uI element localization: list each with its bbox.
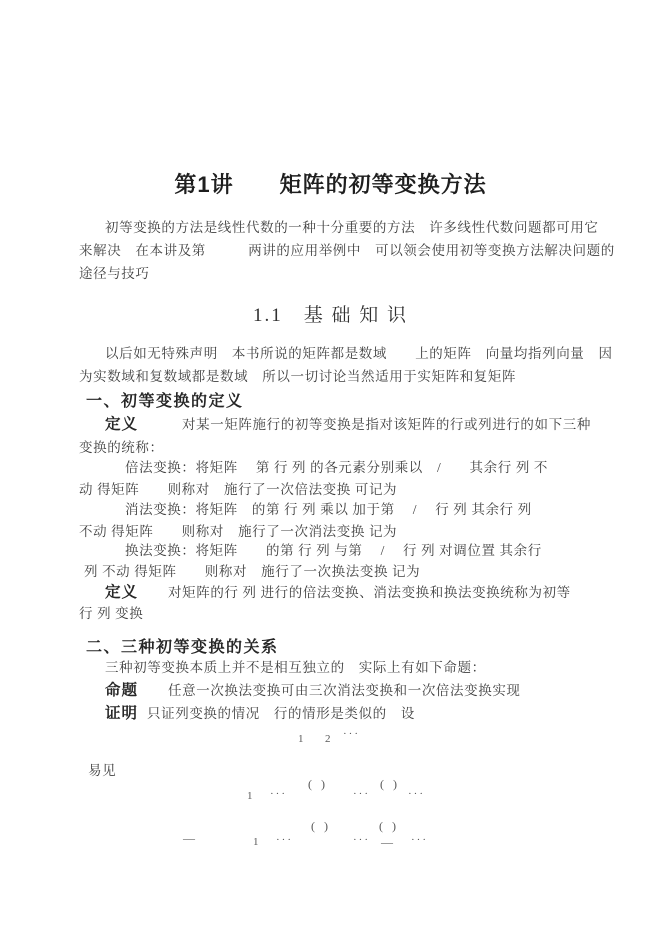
formula-setup-subscript-2: 2 (325, 734, 331, 744)
definition-1-text: 对某一矩阵施行的初等变换是指对该矩阵的行或列进行的如下三种 (182, 417, 591, 432)
proposition-line: 命题任意一次换法变换可由三次消法变换和一次倍法变换实现 (105, 683, 521, 699)
formula-b-dots-3: ··· (408, 789, 425, 799)
formula-setup-dots: ··· (343, 729, 360, 739)
intro-line-2: 来解决 在本讲及第 两讲的应用举例中 可以领会使用初等变换方法解决问题的 (79, 243, 615, 259)
document-page: 第1讲 矩阵的初等变换方法 初等变换的方法是线性代数的一种十分重要的方法 许多线… (0, 0, 661, 925)
definition-2-label: 定义 (105, 584, 138, 601)
part1-heading: 一、初等变换的定义 (86, 388, 244, 411)
definition-1-line-2: 变换的统称： (79, 440, 164, 456)
proof-line: 证明只证列变换的情况 行的情形是类似的 设 (105, 706, 415, 722)
proposition-text: 任意一次换法变换可由三次消法变换和一次倍法变换实现 (168, 683, 521, 698)
proof-label: 证明 (105, 705, 138, 722)
mult-transform-line-2: 动 得矩阵 则称对 施行了一次倍法变换 可记为 (79, 482, 397, 498)
intro-line-3: 途径与技巧 (79, 266, 150, 282)
formula-c-dots-1: ··· (276, 835, 293, 845)
preamble-line-1: 以后如无特殊声明 本书所说的矩阵都是数域 上的矩阵 向量均指列向量 因 (105, 346, 613, 362)
formula-c-dots-2: ··· (353, 835, 370, 845)
proof-text: 只证列变换的情况 行的情形是类似的 设 (147, 706, 415, 721)
formula-b-dots-1: ··· (270, 789, 287, 799)
formula-c-paren-2: ( ) (379, 821, 399, 831)
formula-c-subscript-1: 1 (253, 837, 259, 847)
elim-transform-line-2: 不动 得矩阵 则称对 施行了一次消法变换 记为 (79, 524, 397, 540)
formula-b-paren-2: ( ) (380, 779, 400, 789)
definition-1-line-1: 定义对某一矩阵施行的初等变换是指对该矩阵的行或列进行的如下三种 (105, 417, 591, 433)
part2-heading: 二、三种初等变换的关系 (86, 634, 279, 657)
relations-line-1: 三种初等变换本质上并不是相互独立的 实际上有如下命题： (105, 660, 486, 676)
elim-transform-line-1: 消法变换：将矩阵 的第 行 列 乘以 加于第 / 行 列 其余行 列 (125, 502, 532, 518)
formula-c-dots-3: ··· (411, 835, 428, 845)
intro-line-1: 初等变换的方法是线性代数的一种十分重要的方法 许多线性代数问题都可用它 (105, 220, 599, 236)
preamble-line-2: 为实数域和复数域都是数域 所以一切讨论当然适用于实矩阵和复矩阵 (79, 369, 516, 385)
formula-b-dots-2: ··· (353, 789, 370, 799)
mult-transform-line-1: 倍法变换：将矩阵 第 行 列 的各元素分别乘以 / 其余行 列 不 (125, 460, 548, 476)
definition-2-text: 对矩阵的行 列 进行的倍法变换、消法变换和换法变换统称为初等 (168, 585, 571, 600)
definition-2-line-1: 定义对矩阵的行 列 进行的倍法变换、消法变换和换法变换统称为初等 (105, 585, 571, 601)
formula-b-subscript-1: 1 (247, 791, 253, 801)
chapter-title: 第1讲 矩阵的初等变换方法 (0, 168, 661, 199)
definition-2-line-2: 行 列 变换 (79, 606, 143, 622)
formula-c-dash-1: — (183, 833, 195, 843)
definition-1-label: 定义 (105, 416, 138, 433)
formula-c-paren-1: ( ) (311, 821, 331, 831)
swap-transform-line-2: 列 不动 得矩阵 则称对 施行了一次换法变换 记为 (84, 564, 420, 580)
formula-b-paren-1: ( ) (308, 779, 328, 789)
section-heading: 1.1 基 础 知 识 (0, 300, 661, 327)
formula-c-dash-2: — (381, 837, 393, 847)
easy-see-text: 易见 (88, 763, 116, 779)
proposition-label: 命题 (105, 682, 138, 699)
formula-setup-subscript-1: 1 (298, 734, 304, 744)
swap-transform-line-1: 换法变换：将矩阵 的第 行 列 与第 / 行 列 对调位置 其余行 (125, 543, 542, 559)
